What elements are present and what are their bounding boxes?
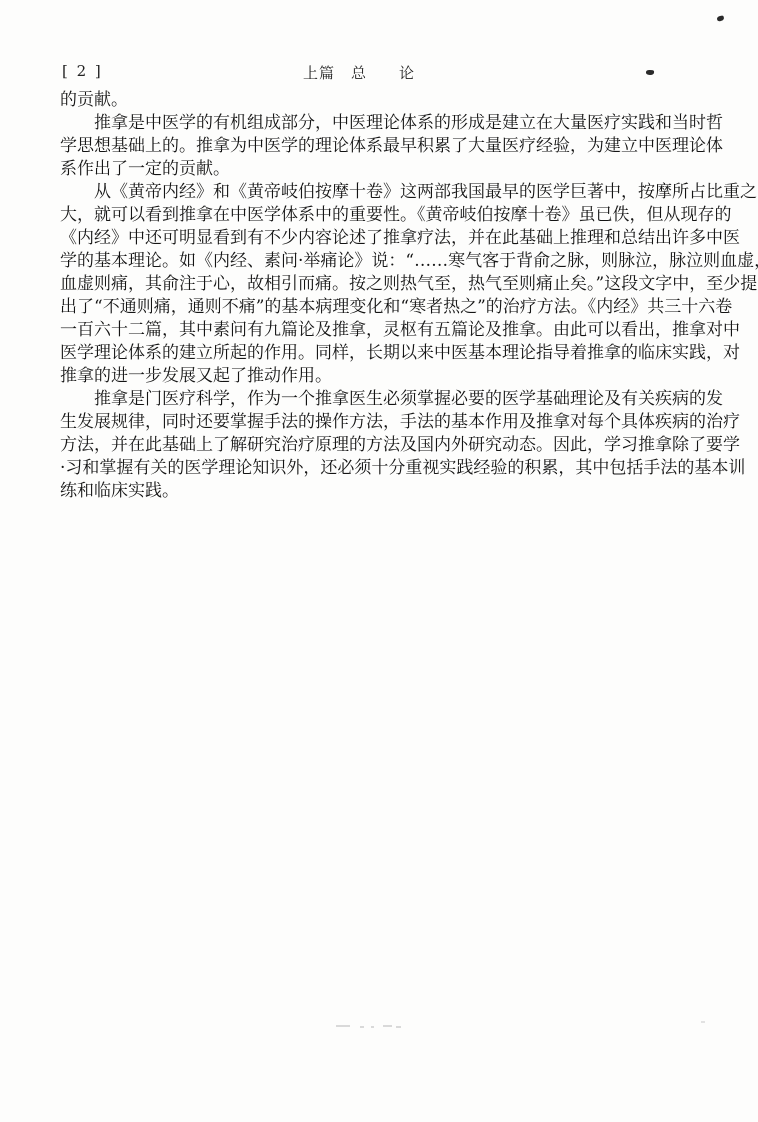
text-line: 医学理论体系的建立所起的作用。同样，长期以来中医基本理论指导着推拿的临床实践，对 [60,342,698,365]
text-line: 生发展规律，同时还要掌握手法的操作方法，手法的基本作用及推拿对每个具体疾病的治疗 [60,411,698,434]
scan-smudge [383,1025,392,1027]
scan-smudge [360,1026,364,1028]
section-title: 上篇 总 论 [0,62,718,83]
text-line: 的贡献。 [60,89,698,112]
scan-smudge [701,1021,705,1023]
text-line: 方法，并在此基础上了解研究治疗原理的方法及国内外研究动态。因此，学习推拿除了要学 [60,434,698,457]
scanned-book-page: [ 2 ] 上篇 总 论 的贡献。 推拿是中医学的有机组成部分，中医理论体系的形… [0,0,758,1122]
text-line: 出了“不通则痛，通则不痛”的基本病理变化和“寒者热之”的治疗方法。《内经》共三十… [60,296,698,319]
text-line: 血虚则痛，其俞注于心，故相引而痛。按之则热气至，热气至则痛止矣。”这段文字中，至… [60,273,698,296]
text-line: 《内经》中还可明显看到有不少内容论述了推拿疗法，并在此基础上推理和总结出许多中医 [60,227,698,250]
body-text: 的贡献。 推拿是中医学的有机组成部分，中医理论体系的形成是建立在大量医疗实践和当… [60,89,698,503]
scan-smudge [396,1026,401,1028]
text-line: 大，就可以看到推拿在中医学体系中的重要性。《黄帝岐伯按摩十卷》虽已佚，但从现存的 [60,204,698,227]
text-line: 系作出了一定的贡献。 [60,158,698,181]
scan-smudge [336,1025,350,1027]
scan-smudge [371,1026,374,1028]
text-line: 从《黄帝内经》和《黄帝岐伯按摩十卷》这两部我国最早的医学巨著中，按摩所占比重之 [60,181,698,204]
text-line: 推拿的进一步发展又起了推动作用。 [60,365,698,388]
text-line: 学的基本理论。如《内经、素问·举痛论》说：“……寒气客于背俞之脉，则脉泣，脉泣则… [60,250,698,273]
text-line: ·习和掌握有关的医学理论知识外，还必须十分重视实践经验的积累，其中包括手法的基本… [60,457,698,480]
text-line: 推拿是中医学的有机组成部分，中医理论体系的形成是建立在大量医疗实践和当时哲 [60,112,698,135]
ink-speck [716,15,724,22]
text-line: 学思想基础上的。推拿为中医学的理论体系最早积累了大量医疗经验，为建立中医理论体 [60,135,698,158]
page-header: [ 2 ] 上篇 总 论 [0,62,758,84]
text-line: 推拿是门医疗科学，作为一个推拿医生必须掌握必要的医学基础理论及有关疾病的发 [60,388,698,411]
text-line: 一百六十二篇，其中素问有九篇论及推拿，灵枢有五篇论及推拿。由此可以看出，推拿对中 [60,319,698,342]
text-line: 练和临床实践。 [60,480,698,503]
